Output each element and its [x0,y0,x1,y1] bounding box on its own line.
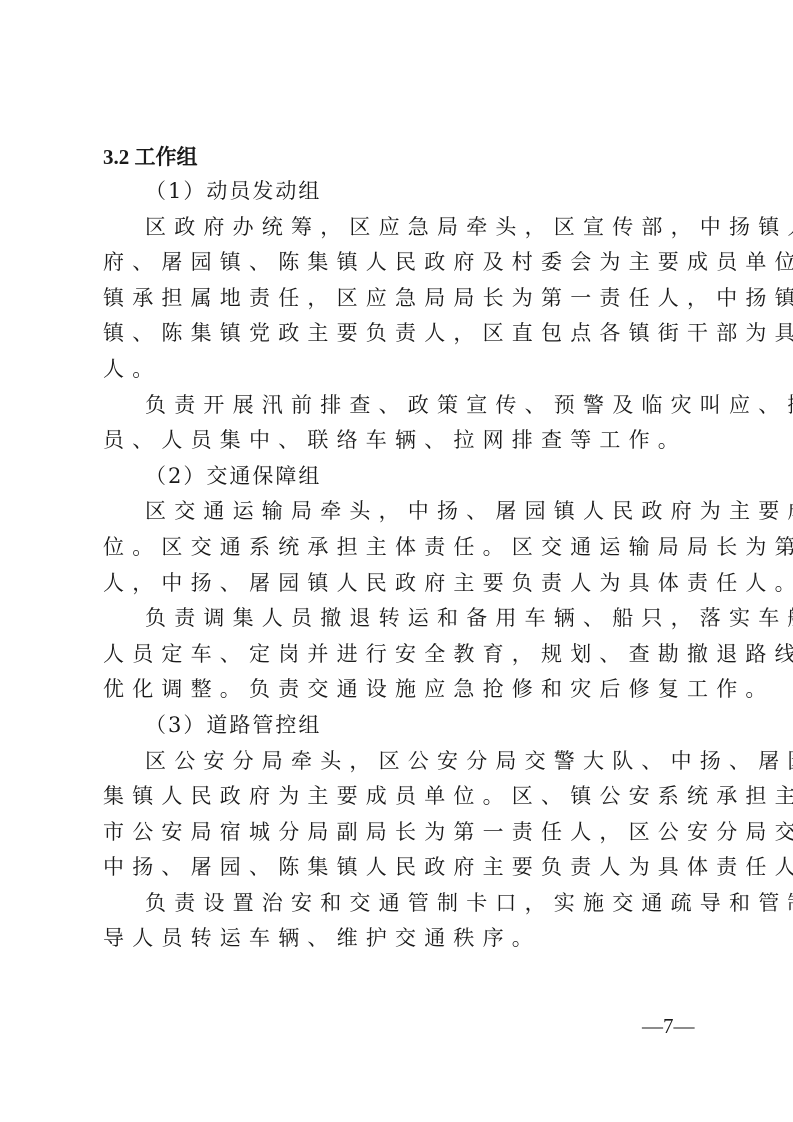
body-line: 导人员转运车辆、维护交通秩序。 [103,921,697,957]
group-title-3: （3）道路管控组 [103,708,697,744]
body-line: 优化调整。负责交通设施应急抢修和灾后修复工作。 [103,672,697,708]
body-line: 区政府办统筹，区应急局牵头，区宣传部，中扬镇人民政 [103,210,697,246]
page-number: —7— [642,1014,695,1039]
body-line: 人员定车、定岗并进行安全教育，规划、查勘撤退路线并实时 [103,637,697,673]
body-line: 负责开展汛前排查、政策宣传、预警及临灾叫应、撤离动 [103,388,697,424]
body-line: 负责调集人员撤退转运和备用车辆、船只，落实车船驾乘 [103,601,697,637]
body-line: 负责设置治安和交通管制卡口，实施交通疏导和管制，疏 [103,886,697,922]
body-line: 位。区交通系统承担主体责任。区交通运输局局长为第一责任 [103,530,697,566]
group-title-2: （2）交通保障组 [103,459,697,495]
body-line: 府、屠园镇、陈集镇人民政府及村委会为主要成员单位。区、 [103,245,697,281]
body-line: 中扬、屠园、陈集镇人民政府主要负责人为具体责任人。 [103,850,697,886]
body-line: 人。 [103,352,697,388]
body-line: 市公安局宿城分局副局长为第一责任人，区公安分局交警大队、 [103,815,697,851]
body-line: 区公安分局牵头，区公安分局交警大队、中扬、屠园、陈 [103,744,697,780]
body-line: 区交通运输局牵头，中扬、屠园镇人民政府为主要成员单 [103,494,697,530]
document-page: 3.2 工作组 （1）动员发动组 区政府办统筹，区应急局牵头，区宣传部，中扬镇人… [103,140,697,957]
body-line: 人，中扬、屠园镇人民政府主要负责人为具体责任人。 [103,566,697,602]
body-line: 镇、陈集镇党政主要负责人，区直包点各镇街干部为具体责任 [103,316,697,352]
body-line: 集镇人民政府为主要成员单位。区、镇公安系统承担主体责任。 [103,779,697,815]
body-line: 镇承担属地责任，区应急局局长为第一责任人，中扬镇、屠园 [103,281,697,317]
body-line: 员、人员集中、联络车辆、拉网排查等工作。 [103,423,697,459]
group-title-1: （1）动员发动组 [103,174,697,210]
section-heading: 3.2 工作组 [103,140,697,174]
